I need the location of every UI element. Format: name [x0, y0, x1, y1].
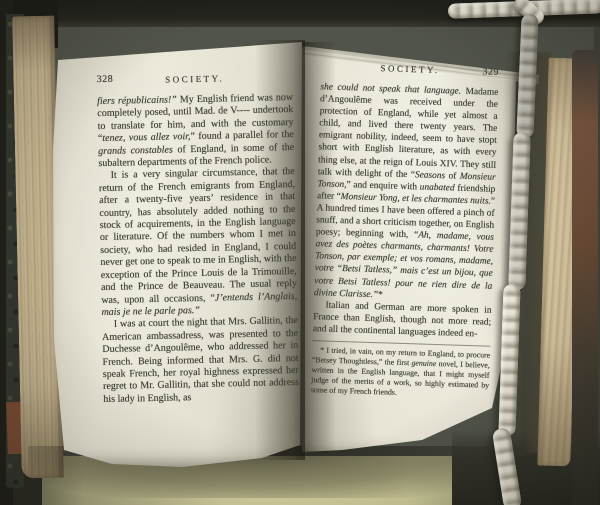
page-paragraph: I was at court the night that Mrs. Galli…: [102, 315, 300, 406]
right-cover-board: [572, 50, 598, 505]
left-page-header: 328 SOCIETY.: [97, 70, 293, 90]
page-number-right: 329: [482, 66, 499, 78]
right-page-body: she could not speak that language. Madam…: [313, 81, 499, 340]
page-paragraph: It is a very singular circumstance, that…: [99, 166, 298, 319]
right-page-content: SOCIETY. 329 she could not speak that la…: [311, 59, 499, 400]
page-number-left: 328: [97, 74, 114, 85]
book-photograph: 328 SOCIETY. fiers républicains!” My Eng…: [0, 0, 600, 505]
right-page-header: SOCIETY. 329: [321, 59, 499, 81]
page-paragraph: she could not speak that language. Madam…: [314, 81, 499, 304]
footnote: * I tried, in vain, on my return to Engl…: [311, 345, 490, 401]
page-paragraph: Italian and German are more spoken in Fr…: [313, 299, 492, 341]
left-page-body: fiers républicains!” My English friend w…: [97, 92, 299, 406]
page-paragraph: fiers républicains!” My English friend w…: [97, 92, 295, 171]
left-page-content: 328 SOCIETY. fiers républicains!” My Eng…: [97, 70, 300, 406]
running-header-right: SOCIETY.: [321, 59, 499, 77]
